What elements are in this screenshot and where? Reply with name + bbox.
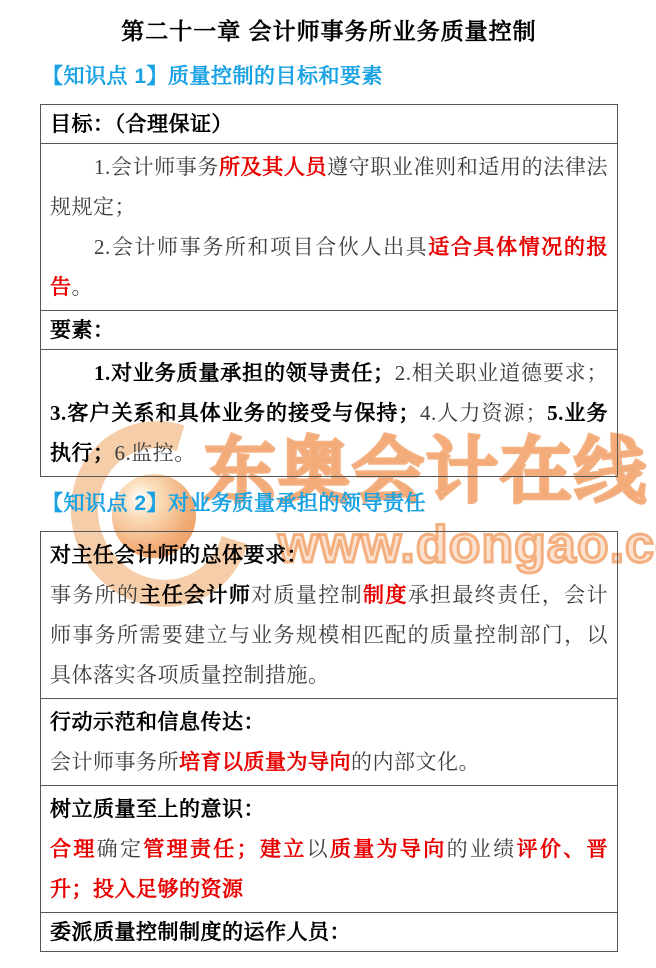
text-segment-bold: 1.对业务质量承担的领导责任； (94, 361, 395, 385)
text-segment-plain: 2.会计师事务所和项目合伙人出具 (94, 235, 428, 259)
paragraph: 委派质量控制制度的运作人员： (50, 917, 608, 947)
paragraph: 目标：（合理保证） (50, 109, 608, 139)
table-row: 目标：（合理保证） (41, 105, 617, 144)
paragraph: 要素： (50, 315, 608, 345)
text-segment-plain: 6.监控。 (115, 441, 196, 465)
knowledge-table-2: 对主任会计师的总体要求：事务所的主任会计师对质量控制制度承担最终责任，会计师事务… (40, 531, 618, 952)
table-row: 委派质量控制制度的运作人员： (41, 913, 617, 951)
text-segment-plain: 4.人力资源； (420, 401, 547, 425)
text-segment-red: 所及其人员 (219, 155, 327, 179)
text-segment-plain: 。 (72, 275, 94, 299)
document-page: 第二十一章 会计师事务所业务质量控制 【知识点 1】质量控制的目标和要素 目标：… (0, 0, 656, 952)
text-segment-red: 合理 (50, 837, 97, 861)
text-segment-red: 培育以质量为导向 (179, 750, 351, 774)
text-segment-plain: 1.会计师事务 (94, 155, 219, 179)
text-segment-bold: 委派质量控制制度的运作人员： (50, 920, 351, 944)
paragraph: 行动示范和信息传达： (50, 702, 608, 742)
text-segment-bold: 树立质量至上的意识： (50, 797, 265, 821)
table-row: 行动示范和信息传达：会计师事务所培育以质量为导向的内部文化。 (41, 699, 617, 786)
text-segment-bold: 3.客户关系和具体业务的接受与保持； (50, 401, 420, 425)
text-segment-bold: 主任会计师 (139, 583, 251, 607)
text-segment-plain: 对质量控制 (251, 583, 363, 607)
paragraph: 事务所的主任会计师对质量控制制度承担最终责任，会计师事务所需要建立与业务规模相匹… (50, 575, 608, 695)
text-segment-bold: 对主任会计师的总体要求： (50, 543, 308, 567)
page-title: 第二十一章 会计师事务所业务质量控制 (40, 14, 618, 48)
text-segment-bold: 要素： (50, 318, 115, 342)
text-segment-plain: 2.相关职业道德要求； (395, 361, 608, 385)
paragraph: 会计师事务所培育以质量为导向的内部文化。 (50, 742, 608, 782)
table-row: 树立质量至上的意识：合理确定管理责任；建立以质量为导向的业绩评价、晋升；投入足够… (41, 786, 617, 913)
knowledge-point-1-heading: 【知识点 1】质量控制的目标和要素 (42, 62, 618, 92)
table-row: 对主任会计师的总体要求：事务所的主任会计师对质量控制制度承担最终责任，会计师事务… (41, 532, 617, 699)
text-segment-plain: 的内部文化。 (351, 750, 480, 774)
table-row: 1.对业务质量承担的领导责任；2.相关职业道德要求；3.客户关系和具体业务的接受… (41, 350, 617, 476)
table-row: 要素： (41, 311, 617, 350)
text-segment-plain: 确定 (97, 837, 144, 861)
paragraph: 1.对业务质量承担的领导责任；2.相关职业道德要求；3.客户关系和具体业务的接受… (50, 353, 608, 473)
text-segment-red: 制度 (363, 583, 408, 607)
table-row: 1.会计师事务所及其人员遵守职业准则和适用的法律法规规定；2.会计师事务所和项目… (41, 144, 617, 311)
paragraph: 2.会计师事务所和项目合伙人出具适合具体情况的报告。 (50, 227, 608, 307)
paragraph: 对主任会计师的总体要求： (50, 535, 608, 575)
paragraph: 1.会计师事务所及其人员遵守职业准则和适用的法律法规规定； (50, 147, 608, 227)
text-segment-plain: 的业绩 (447, 837, 517, 861)
text-segment-plain: 以 (307, 837, 330, 861)
text-segment-plain: 事务所的 (50, 583, 139, 607)
knowledge-point-2-heading: 【知识点 2】对业务质量承担的领导责任 (42, 489, 618, 519)
text-segment-bold: 行动示范和信息传达： (50, 710, 265, 734)
text-segment-red: 管理责任； (143, 837, 258, 861)
knowledge-table-1: 目标：（合理保证）1.会计师事务所及其人员遵守职业准则和适用的法律法规规定；2.… (40, 104, 618, 477)
text-segment-plain: 会计师事务所 (50, 750, 179, 774)
paragraph: 树立质量至上的意识： (50, 789, 608, 829)
text-segment-red: 建立 (258, 837, 306, 861)
paragraph: 合理确定管理责任；建立以质量为导向的业绩评价、晋升；投入足够的资源 (50, 829, 608, 909)
text-segment-bold: 目标：（合理保证） (50, 112, 233, 136)
text-segment-red: 质量为导向 (330, 837, 447, 861)
